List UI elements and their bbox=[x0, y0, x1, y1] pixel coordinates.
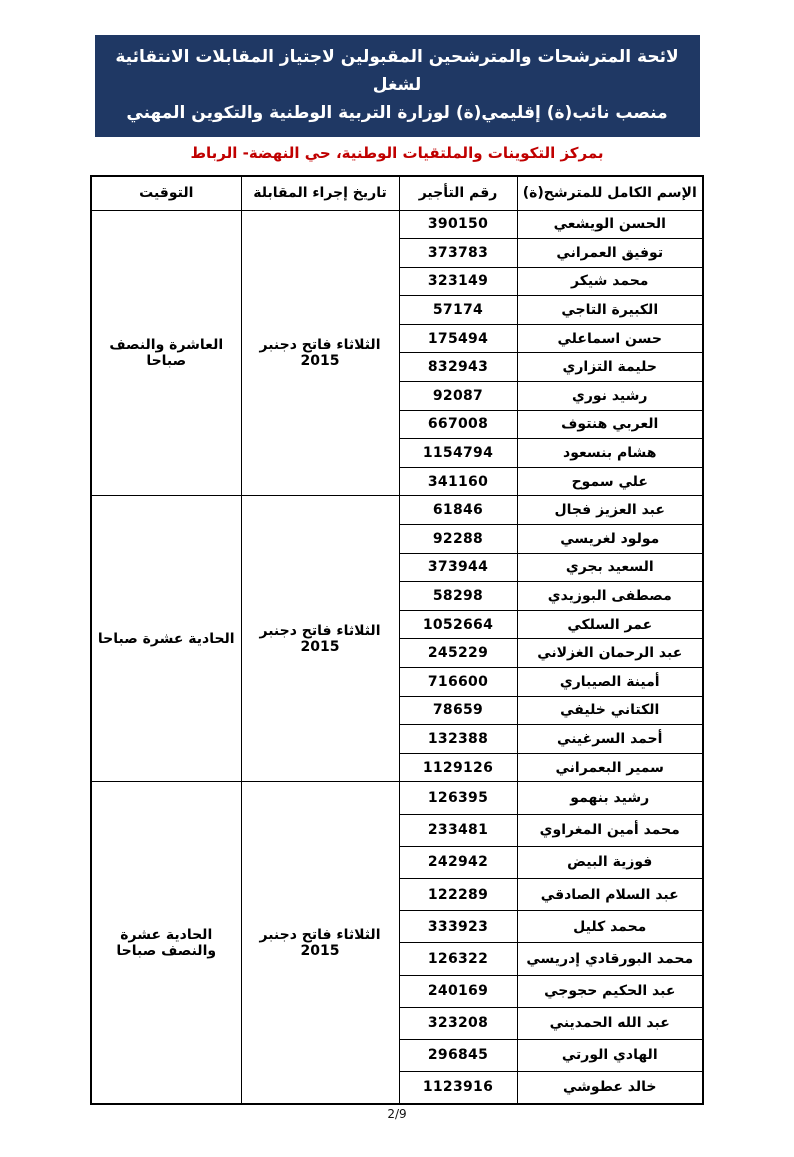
candidate-name-cell: خالد عطوشي bbox=[517, 1072, 703, 1104]
candidate-number-cell: 57174 bbox=[399, 296, 517, 325]
schedule-group: عبد العزيز فجال61846الثلاثاء فاتح دجنبر … bbox=[91, 496, 703, 782]
candidate-number-cell: 323149 bbox=[399, 267, 517, 296]
interview-date-cell: الثلاثاء فاتح دجنبر 2015 bbox=[241, 782, 399, 1104]
candidate-number-cell: 333923 bbox=[399, 911, 517, 943]
candidate-number-cell: 78659 bbox=[399, 696, 517, 725]
document-page: { "header": { "title_line1": "لائحة المت… bbox=[0, 35, 794, 1157]
candidate-number-cell: 92288 bbox=[399, 525, 517, 554]
candidate-number-cell: 1052664 bbox=[399, 610, 517, 639]
column-header-date: تاريخ إجراء المقابلة bbox=[241, 176, 399, 210]
column-header-time: التوقيت bbox=[91, 176, 241, 210]
candidate-name-cell: أمينة الصيباري bbox=[517, 668, 703, 697]
interview-date-cell: الثلاثاء فاتح دجنبر 2015 bbox=[241, 496, 399, 782]
candidate-number-cell: 92087 bbox=[399, 382, 517, 411]
title-line-1: لائحة المترشحات والمترشحين المقبولين لاج… bbox=[101, 43, 694, 99]
candidate-name-cell: مصطفى البوزيدي bbox=[517, 582, 703, 611]
candidate-name-cell: رشيد نوري bbox=[517, 382, 703, 411]
title-line-2: منصب نائب(ة) إقليمي(ة) لوزارة التربية ال… bbox=[101, 99, 694, 127]
page-number: 2/9 bbox=[387, 1107, 406, 1121]
table-header: الإسم الكامل للمترشح(ة) رقم التأجير تاري… bbox=[91, 176, 703, 210]
candidate-number-cell: 126322 bbox=[399, 943, 517, 975]
table-row: رشيد بنهمو126395الثلاثاء فاتح دجنبر 2015… bbox=[91, 782, 703, 814]
candidate-number-cell: 233481 bbox=[399, 814, 517, 846]
candidate-number-cell: 1154794 bbox=[399, 439, 517, 468]
candidate-name-cell: رشيد بنهمو bbox=[517, 782, 703, 814]
candidate-name-cell: محمد أمين المغراوي bbox=[517, 814, 703, 846]
candidate-name-cell: عبد العزيز فجال bbox=[517, 496, 703, 525]
schedule-group: رشيد بنهمو126395الثلاثاء فاتح دجنبر 2015… bbox=[91, 782, 703, 1104]
candidate-number-cell: 373944 bbox=[399, 553, 517, 582]
candidate-number-cell: 373783 bbox=[399, 239, 517, 268]
table-row: عبد العزيز فجال61846الثلاثاء فاتح دجنبر … bbox=[91, 496, 703, 525]
candidate-name-cell: محمد شيكر bbox=[517, 267, 703, 296]
candidate-name-cell: عبد السلام الصادقي bbox=[517, 878, 703, 910]
candidate-name-cell: عبد الرحمان الغزلاني bbox=[517, 639, 703, 668]
interview-time-cell: الحادية عشرة والنصف صباحا bbox=[91, 782, 241, 1104]
candidate-number-cell: 132388 bbox=[399, 725, 517, 754]
candidate-number-cell: 175494 bbox=[399, 324, 517, 353]
candidate-name-cell: الهادي الورتي bbox=[517, 1039, 703, 1071]
candidate-number-cell: 390150 bbox=[399, 210, 517, 239]
candidate-name-cell: حسن اسماعلي bbox=[517, 324, 703, 353]
candidate-name-cell: محمد كليل bbox=[517, 911, 703, 943]
column-header-number: رقم التأجير bbox=[399, 176, 517, 210]
candidate-number-cell: 126395 bbox=[399, 782, 517, 814]
title-banner: لائحة المترشحات والمترشحين المقبولين لاج… bbox=[95, 35, 700, 137]
candidate-number-cell: 242942 bbox=[399, 846, 517, 878]
candidate-name-cell: عمر السلكي bbox=[517, 610, 703, 639]
interview-time-cell: العاشرة والنصف صباحا bbox=[91, 210, 241, 496]
candidate-name-cell: عبد الحكيم حجوجي bbox=[517, 975, 703, 1007]
candidate-number-cell: 245229 bbox=[399, 639, 517, 668]
candidate-number-cell: 323208 bbox=[399, 1007, 517, 1039]
schedule-group: الحسن الويشعي390150الثلاثاء فاتح دجنبر 2… bbox=[91, 210, 703, 496]
candidate-number-cell: 240169 bbox=[399, 975, 517, 1007]
candidate-name-cell: هشام بنسعود bbox=[517, 439, 703, 468]
candidate-name-cell: علي سموح bbox=[517, 467, 703, 496]
interview-date-cell: الثلاثاء فاتح دجنبر 2015 bbox=[241, 210, 399, 496]
candidate-name-cell: الكبيرة التاجي bbox=[517, 296, 703, 325]
interview-time-cell: الحادية عشرة صباحا bbox=[91, 496, 241, 782]
candidate-number-cell: 341160 bbox=[399, 467, 517, 496]
candidate-number-cell: 832943 bbox=[399, 353, 517, 382]
candidate-number-cell: 296845 bbox=[399, 1039, 517, 1071]
candidate-number-cell: 122289 bbox=[399, 878, 517, 910]
column-header-name: الإسم الكامل للمترشح(ة) bbox=[517, 176, 703, 210]
candidate-name-cell: فوزية البيض bbox=[517, 846, 703, 878]
header-row: الإسم الكامل للمترشح(ة) رقم التأجير تاري… bbox=[91, 176, 703, 210]
candidate-name-cell: سمير البعمراني bbox=[517, 753, 703, 782]
candidate-number-cell: 1123916 bbox=[399, 1072, 517, 1104]
candidate-name-cell: محمد البورقادي إدريسي bbox=[517, 943, 703, 975]
candidates-table: الإسم الكامل للمترشح(ة) رقم التأجير تاري… bbox=[90, 175, 704, 1105]
candidate-name-cell: حليمة التزاري bbox=[517, 353, 703, 382]
table-row: الحسن الويشعي390150الثلاثاء فاتح دجنبر 2… bbox=[91, 210, 703, 239]
candidate-name-cell: العربي هنتوف bbox=[517, 410, 703, 439]
candidate-name-cell: أحمد السرغيني bbox=[517, 725, 703, 754]
candidate-name-cell: السعيد بجري bbox=[517, 553, 703, 582]
candidate-number-cell: 58298 bbox=[399, 582, 517, 611]
candidate-name-cell: مولود لغريسي bbox=[517, 525, 703, 554]
candidate-name-cell: عبد الله الحمديني bbox=[517, 1007, 703, 1039]
candidate-number-cell: 61846 bbox=[399, 496, 517, 525]
candidate-number-cell: 716600 bbox=[399, 668, 517, 697]
candidate-number-cell: 1129126 bbox=[399, 753, 517, 782]
candidate-number-cell: 667008 bbox=[399, 410, 517, 439]
candidate-name-cell: توفيق العمراني bbox=[517, 239, 703, 268]
candidate-name-cell: الكتاني خليفي bbox=[517, 696, 703, 725]
location-subtitle: بمركز التكوينات والملتقيات الوطنية، حي ا… bbox=[0, 144, 794, 162]
candidate-name-cell: الحسن الويشعي bbox=[517, 210, 703, 239]
